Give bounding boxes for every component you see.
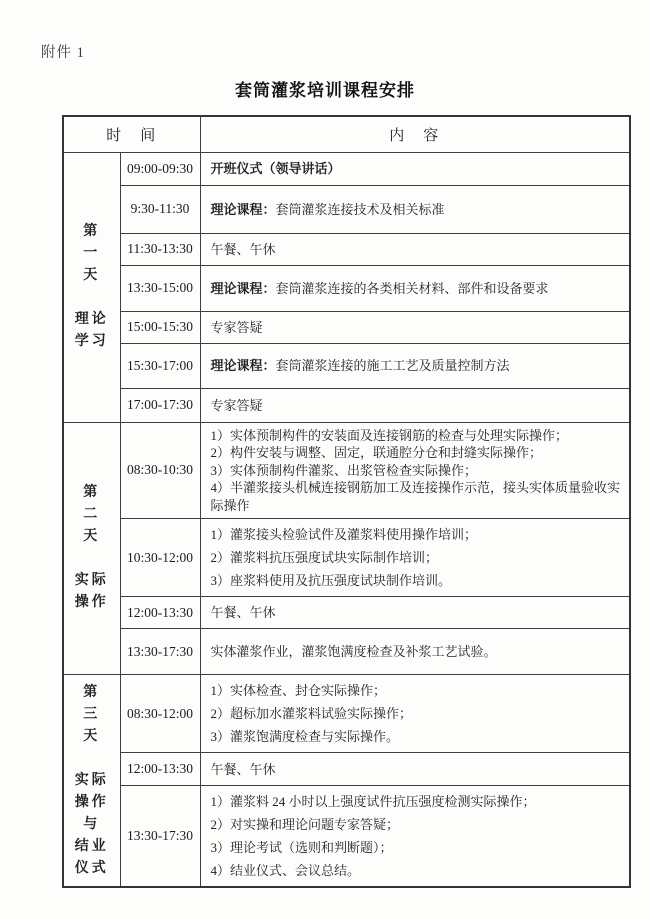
day3-label: 第 三 天 实际 操作 与 结业 仪式 — [63, 675, 120, 888]
content-text: 午餐、午休 — [211, 605, 276, 620]
time-cell: 15:30-17:00 — [120, 343, 200, 388]
column-header-time: 时 间 — [63, 116, 200, 152]
content-text: 1）灌浆料 24 小时以上强度试件抗压强度检测实际操作； 2）对实操和理论问题专… — [211, 794, 536, 878]
table-row: 12:00-13:30 午餐、午休 — [63, 753, 630, 786]
content-cell: 1）灌浆接头检验试件及灌浆料使用操作培训； 2）灌浆料抗压强度试块实际制作培训；… — [200, 519, 630, 597]
content-prefix: 理论课程： — [211, 202, 276, 217]
content-cell: 开班仪式（领导讲话） — [200, 152, 630, 185]
day2-label: 第 二 天 实际 操作 — [63, 422, 120, 675]
content-cell: 1）实体检查、封仓实际操作； 2）超标加水灌浆料试验实际操作； 3）灌浆饱满度检… — [200, 675, 630, 753]
table-row: 第 二 天 实际 操作 08:30-10:30 1）实体预制构件的安装面及连接钢… — [63, 422, 630, 519]
time-cell: 13:30-17:30 — [120, 629, 200, 675]
time-cell: 15:00-15:30 — [120, 311, 200, 343]
table-row: 15:30-17:00 理论课程：套筒灌浆连接的施工工艺及质量控制方法 — [63, 343, 630, 388]
time-cell: 13:30-15:00 — [120, 265, 200, 311]
content-cell: 1）实体预制构件的安装面及连接钢筋的检查与处理实际操作； 2）构件安装与调整、固… — [200, 422, 630, 519]
content-text: 套筒灌浆连接技术及相关标准 — [276, 202, 445, 217]
content-cell: 1）灌浆料 24 小时以上强度试件抗压强度检测实际操作； 2）对实操和理论问题专… — [200, 786, 630, 888]
content-text: 1）灌浆接头检验试件及灌浆料使用操作培训； 2）灌浆料抗压强度试块实际制作培训；… — [211, 527, 478, 588]
content-cell: 午餐、午休 — [200, 233, 630, 265]
content-cell: 理论课程：套筒灌浆连接技术及相关标准 — [200, 185, 630, 233]
day1-label: 第 一 天 理论 学习 — [63, 152, 120, 422]
content-text: 套筒灌浆连接的各类相关材料、部件和设备要求 — [276, 281, 549, 296]
content-text: 午餐、午休 — [211, 762, 276, 777]
content-text: 专家答疑 — [211, 320, 263, 335]
time-cell: 9:30-11:30 — [120, 185, 200, 233]
content-prefix: 理论课程： — [211, 358, 276, 373]
table-row: 13:30-17:30 1）灌浆料 24 小时以上强度试件抗压强度检测实际操作；… — [63, 786, 630, 888]
content-text: 实体灌浆作业，灌浆饱满度检查及补浆工艺试验。 — [211, 644, 497, 659]
column-header-content: 内 容 — [200, 116, 630, 152]
table-row: 9:30-11:30 理论课程：套筒灌浆连接技术及相关标准 — [63, 185, 630, 233]
table-row: 13:30-17:30 实体灌浆作业，灌浆饱满度检查及补浆工艺试验。 — [63, 629, 630, 675]
content-cell: 午餐、午休 — [200, 753, 630, 786]
content-text: 套筒灌浆连接的施工工艺及质量控制方法 — [276, 358, 510, 373]
content-cell: 午餐、午休 — [200, 597, 630, 629]
table-row: 17:00-17:30 专家答疑 — [63, 388, 630, 422]
table-row: 10:30-12:00 1）灌浆接头检验试件及灌浆料使用操作培训； 2）灌浆料抗… — [63, 519, 630, 597]
time-cell: 08:30-12:00 — [120, 675, 200, 753]
table-row: 12:00-13:30 午餐、午休 — [63, 597, 630, 629]
time-cell: 11:30-13:30 — [120, 233, 200, 265]
table-row: 13:30-15:00 理论课程：套筒灌浆连接的各类相关材料、部件和设备要求 — [63, 265, 630, 311]
table-row: 第 一 天 理论 学习 09:00-09:30 开班仪式（领导讲话） — [63, 152, 630, 185]
table-row: 15:00-15:30 专家答疑 — [63, 311, 630, 343]
content-text: 专家答疑 — [211, 398, 263, 413]
content-text: 1）实体预制构件的安装面及连接钢筋的检查与处理实际操作； 2）构件安装与调整、固… — [211, 428, 621, 513]
time-cell: 09:00-09:30 — [120, 152, 200, 185]
attachment-label: 附件 1 — [41, 41, 85, 62]
content-prefix: 开班仪式（领导讲话） — [211, 161, 341, 176]
time-cell: 10:30-12:00 — [120, 519, 200, 597]
schedule-table: 时 间 内 容 第 一 天 理论 学习 09:00-09:30 开班仪式（领导讲… — [62, 115, 631, 888]
content-cell: 理论课程：套筒灌浆连接的各类相关材料、部件和设备要求 — [200, 265, 630, 311]
content-cell: 专家答疑 — [200, 311, 630, 343]
content-cell: 理论课程：套筒灌浆连接的施工工艺及质量控制方法 — [200, 343, 630, 388]
table-row: 第 三 天 实际 操作 与 结业 仪式 08:30-12:00 1）实体检查、封… — [63, 675, 630, 753]
time-cell: 12:00-13:30 — [120, 753, 200, 786]
content-cell: 实体灌浆作业，灌浆饱满度检查及补浆工艺试验。 — [200, 629, 630, 675]
table-row: 11:30-13:30 午餐、午休 — [63, 233, 630, 265]
content-prefix: 理论课程： — [211, 281, 276, 296]
content-text: 1）实体检查、封仓实际操作； 2）超标加水灌浆料试验实际操作； 3）灌浆饱满度检… — [211, 683, 413, 744]
table-header-row: 时 间 内 容 — [63, 116, 630, 152]
content-text: 午餐、午休 — [211, 242, 276, 257]
time-cell: 08:30-10:30 — [120, 422, 200, 519]
content-cell: 专家答疑 — [200, 388, 630, 422]
time-cell: 13:30-17:30 — [120, 786, 200, 888]
time-cell: 17:00-17:30 — [120, 388, 200, 422]
time-cell: 12:00-13:30 — [120, 597, 200, 629]
page-title: 套筒灌浆培训课程安排 — [0, 76, 650, 101]
